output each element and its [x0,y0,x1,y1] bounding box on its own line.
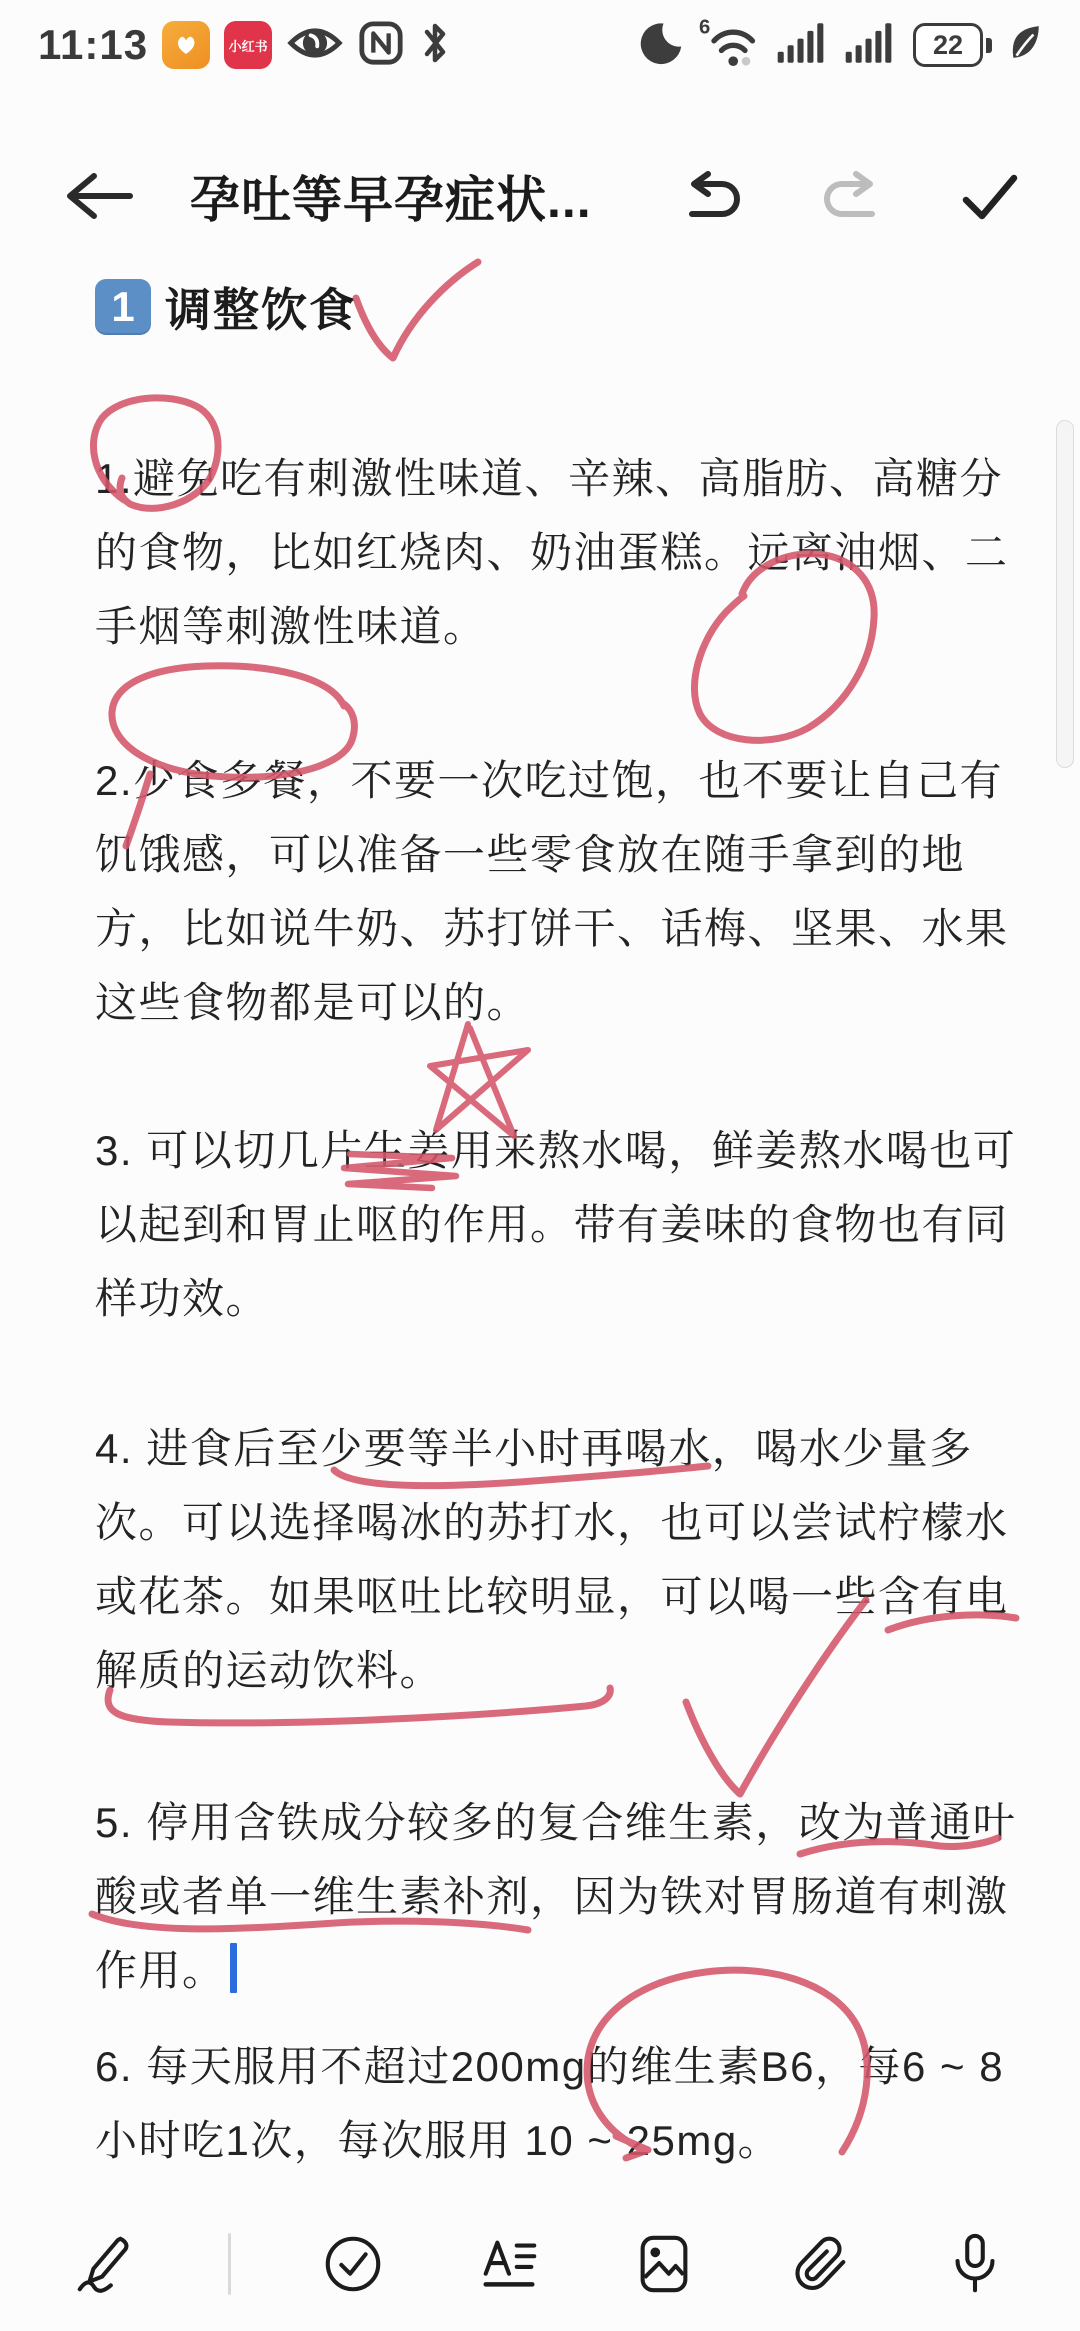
section-heading: 1 调整饮食 [95,272,1020,342]
paragraph-5[interactable]: 5. 停用含铁成分较多的复合维生素，改为普通叶 酸或者单一维生素补剂，因为铁对胃… [95,1786,1020,2008]
note-body[interactable]: 1 调整饮食 1.避免吃有刺激性味道、辛辣、高脂肪、高糖分 的食物，比如红烧肉、… [95,272,1020,2178]
insert-image-button[interactable] [631,2231,697,2297]
note-title: 孕吐等早孕症状... [190,160,592,232]
svg-text:6: 6 [699,17,710,38]
wifi-6-icon: 6 [699,17,761,74]
paragraph-6[interactable]: 6. 每天服用不超过200mg的维生素B6，每6 ~ 8 小时吃1次，每次服用 … [95,2030,1020,2178]
status-left: 11:13 小红书 [38,19,452,72]
health-app-icon [162,21,210,69]
redo-button[interactable] [818,170,884,222]
voice-input-button[interactable] [942,2231,1008,2297]
signal-sim1-icon [777,21,829,70]
clock: 11:13 [38,21,148,69]
bottom-toolbar [0,2196,1080,2331]
signal-sim2-icon [845,21,897,70]
toolbar-divider [228,2233,231,2295]
nfc-icon [358,20,404,71]
undo-button[interactable] [680,170,746,222]
header-actions [680,168,1022,224]
attachment-button[interactable] [787,2231,853,2297]
xiaohongshu-icon: 小红书 [224,21,272,69]
paragraph-2[interactable]: 2.少食多餐，不要一次吃过饱，也不要让自己有 饥饿感，可以准备一些零食放在随手拿… [95,744,1020,1040]
do-not-disturb-moon-icon [637,20,683,71]
note-header: 孕吐等早孕症状... [0,118,1080,273]
status-right: 6 22 [637,17,1042,74]
power-saving-leaf-icon [1008,24,1042,67]
handwriting-pen-button[interactable] [72,2231,138,2297]
paragraph-1[interactable]: 1.避免吃有刺激性味道、辛辣、高脂肪、高糖分 的食物，比如红烧肉、奶油蛋糕。远离… [95,442,1020,664]
back-button[interactable] [58,164,138,228]
status-bar: 11:13 小红书 [0,0,1080,90]
confirm-button[interactable] [956,168,1022,224]
text-cursor [230,1943,237,1993]
paragraph-3[interactable]: 3. 可以切几片生姜用来熬水喝，鲜姜熬水喝也可 以起到和胃止呕的作用。带有姜味的… [95,1114,1020,1336]
bluetooth-icon [418,19,452,72]
text-format-button[interactable] [476,2231,542,2297]
battery-indicator: 22 [913,23,992,67]
battery-percent: 22 [933,30,963,61]
todo-checklist-button[interactable] [320,2231,386,2297]
section-number-badge: 1 [95,279,151,335]
paragraph-4[interactable]: 4. 进食后至少要等半小时再喝水，喝水少量多 次。可以选择喝冰的苏打水，也可以尝… [95,1412,1020,1708]
battery-nub [986,38,992,53]
battery-body: 22 [913,23,983,67]
section-title: 调整饮食 [165,274,357,340]
eye-protection-icon [286,21,344,70]
scrollbar-thumb[interactable] [1056,420,1074,768]
